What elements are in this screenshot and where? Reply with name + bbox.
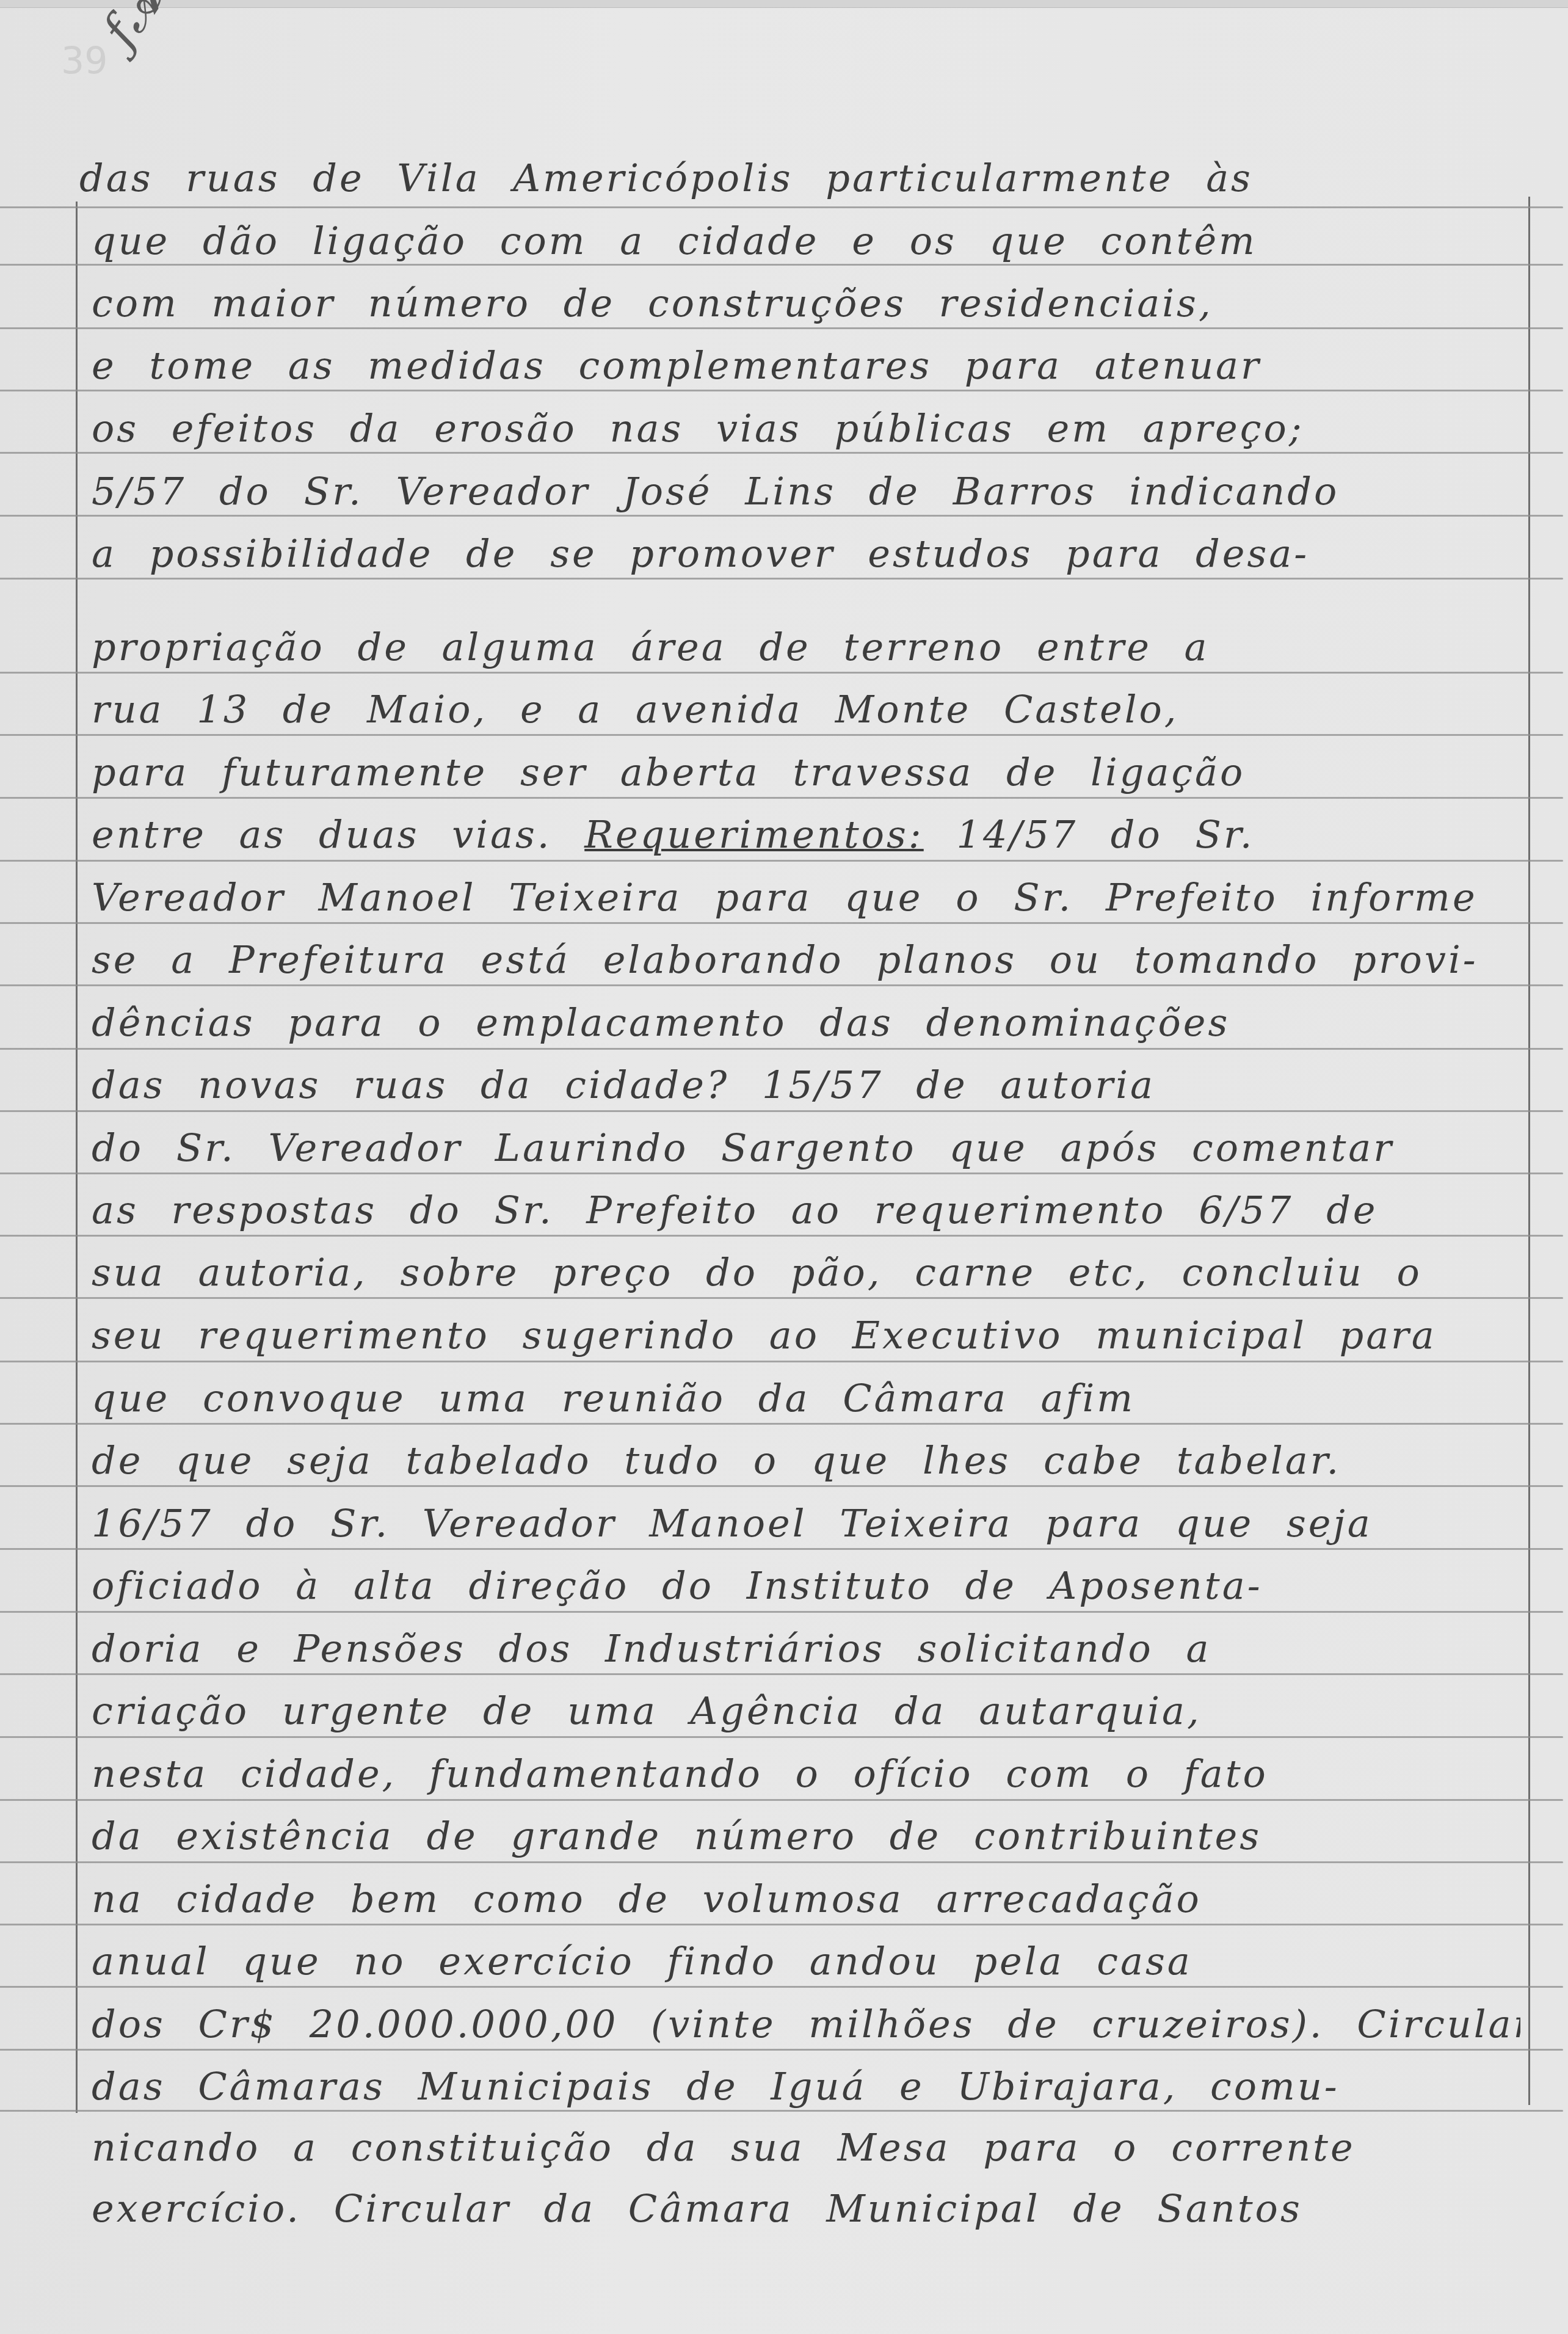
ruled-line: [0, 1861, 1563, 1863]
text-line-29: anual que no exercício findo andou pela …: [92, 1939, 1520, 1983]
text-line-9: rua 13 de Maio, e a avenida Monte Castel…: [92, 687, 1520, 732]
text-line-28: na cidade bem como de volumosa arrecadaç…: [92, 1877, 1520, 1921]
ruled-line: [0, 734, 1563, 736]
ruled-line: [0, 1172, 1563, 1174]
text-line-20: que convoque uma reunião da Câmara afim: [92, 1376, 1520, 1420]
ruled-line: [0, 1924, 1563, 1925]
text-line-12: Vereador Manoel Teixeira para que o Sr. …: [92, 875, 1520, 920]
text-line-19: seu requerimento sugerindo ao Executivo …: [92, 1313, 1520, 1358]
text-line-31: das Câmaras Municipais de Iguá e Ubiraja…: [92, 2064, 1520, 2109]
ruled-line: [0, 1799, 1563, 1801]
ruled-line: [0, 452, 1563, 454]
ruled-line: [0, 922, 1563, 924]
text-line-15: das novas ruas da cidade? 15/57 de autor…: [92, 1063, 1520, 1107]
text-line-25: criação urgente de uma Agência da autarq…: [92, 1689, 1520, 1733]
text-line-7: a possibilidade de se promover estudos p…: [92, 531, 1520, 576]
ruled-line: [0, 672, 1563, 674]
text-line-18: sua autoria, sobre preço do pão, carne e…: [92, 1250, 1520, 1295]
text-line-27: da existência de grande número de contri…: [92, 1814, 1520, 1858]
page-top-edge: [0, 0, 1568, 8]
ruled-line: [0, 2049, 1563, 2051]
text-line-8: propriação de alguma área de terreno ent…: [92, 625, 1520, 669]
ruled-line: [0, 578, 1563, 580]
ruled-line: [0, 1297, 1563, 1299]
text-line-23: oficiado à alta direção do Instituto de …: [92, 1563, 1520, 1608]
text-line-30: dos Cr$ 20.000.000,00 (vinte milhões de …: [92, 2002, 1520, 2046]
ruled-line: [0, 1361, 1563, 1362]
ruled-line: [0, 860, 1563, 862]
text-line-5: os efeitos da erosão nas vias públicas e…: [92, 406, 1520, 451]
text-line-17: as respostas do Sr. Prefeito ao requerim…: [92, 1188, 1520, 1232]
section-heading-requerimentos: Requerimentos:: [584, 812, 924, 857]
text-line-33: exercício. Circular da Câmara Municipal …: [92, 2186, 1520, 2231]
text-line-10: para futuramente ser aberta travessa de …: [92, 750, 1520, 794]
text-line-2: que dão ligação com a cidade e os que co…: [92, 219, 1520, 263]
ruled-line: [0, 2110, 1563, 2112]
ruled-line: [0, 1485, 1563, 1487]
ruled-line: [0, 515, 1563, 517]
text-line-11-part2: 14/57 do Sr.: [924, 812, 1255, 857]
text-line-32: nicando a constituição da sua Mesa para …: [92, 2125, 1520, 2170]
ruled-line: [0, 1736, 1563, 1738]
text-line-22: 16/57 do Sr. Vereador Manoel Teixeira pa…: [92, 1501, 1520, 1546]
ruled-line: [0, 1235, 1563, 1237]
ruled-line: [0, 1048, 1563, 1050]
ruled-line: [0, 206, 1563, 208]
faint-page-number: 39: [61, 40, 107, 82]
text-line-24: doria e Pensões dos Industriários solici…: [92, 1626, 1520, 1671]
ruled-line: [0, 1548, 1563, 1550]
ruled-line: [0, 1423, 1563, 1425]
ruled-line: [0, 797, 1563, 799]
ruled-line: [0, 327, 1563, 329]
text-line-21: de que seja tabelado tudo o que lhes cab…: [92, 1438, 1520, 1483]
text-line-3: com maior número de construções residenc…: [92, 281, 1520, 325]
text-line-4: e tome as medidas complementares para at…: [92, 343, 1520, 388]
text-line-11-part1: entre as duas vias.: [92, 812, 584, 857]
text-line-13: se a Prefeitura está elaborando planos o…: [92, 937, 1520, 982]
text-line-6: 5/57 do Sr. Vereador José Lins de Barros…: [92, 469, 1520, 514]
ruled-line: [0, 984, 1563, 986]
left-margin-line: [76, 202, 78, 2113]
text-line-26: nesta cidade, fundamentando o ofício com…: [92, 1751, 1520, 1796]
text-line-1: das ruas de Vila Americópolis particular…: [79, 156, 1508, 200]
ruled-line: [0, 264, 1563, 266]
text-line-16: do Sr. Vereador Laurindo Sargento que ap…: [92, 1125, 1520, 1170]
text-line-11: entre as duas vias. Requerimentos: 14/57…: [92, 812, 1520, 857]
ruled-line: [0, 390, 1563, 391]
ruled-line: [0, 1611, 1563, 1613]
ruled-line: [0, 1110, 1563, 1112]
ruled-line: [0, 1673, 1563, 1675]
ruled-line: [0, 1986, 1563, 1988]
manuscript-page: 39 ƒ𝓐 das ruas de Vila Americópolis part…: [0, 0, 1568, 2334]
text-line-14: dências para o emplacamento das denomina…: [92, 1000, 1520, 1045]
right-margin-line: [1528, 197, 1530, 2105]
